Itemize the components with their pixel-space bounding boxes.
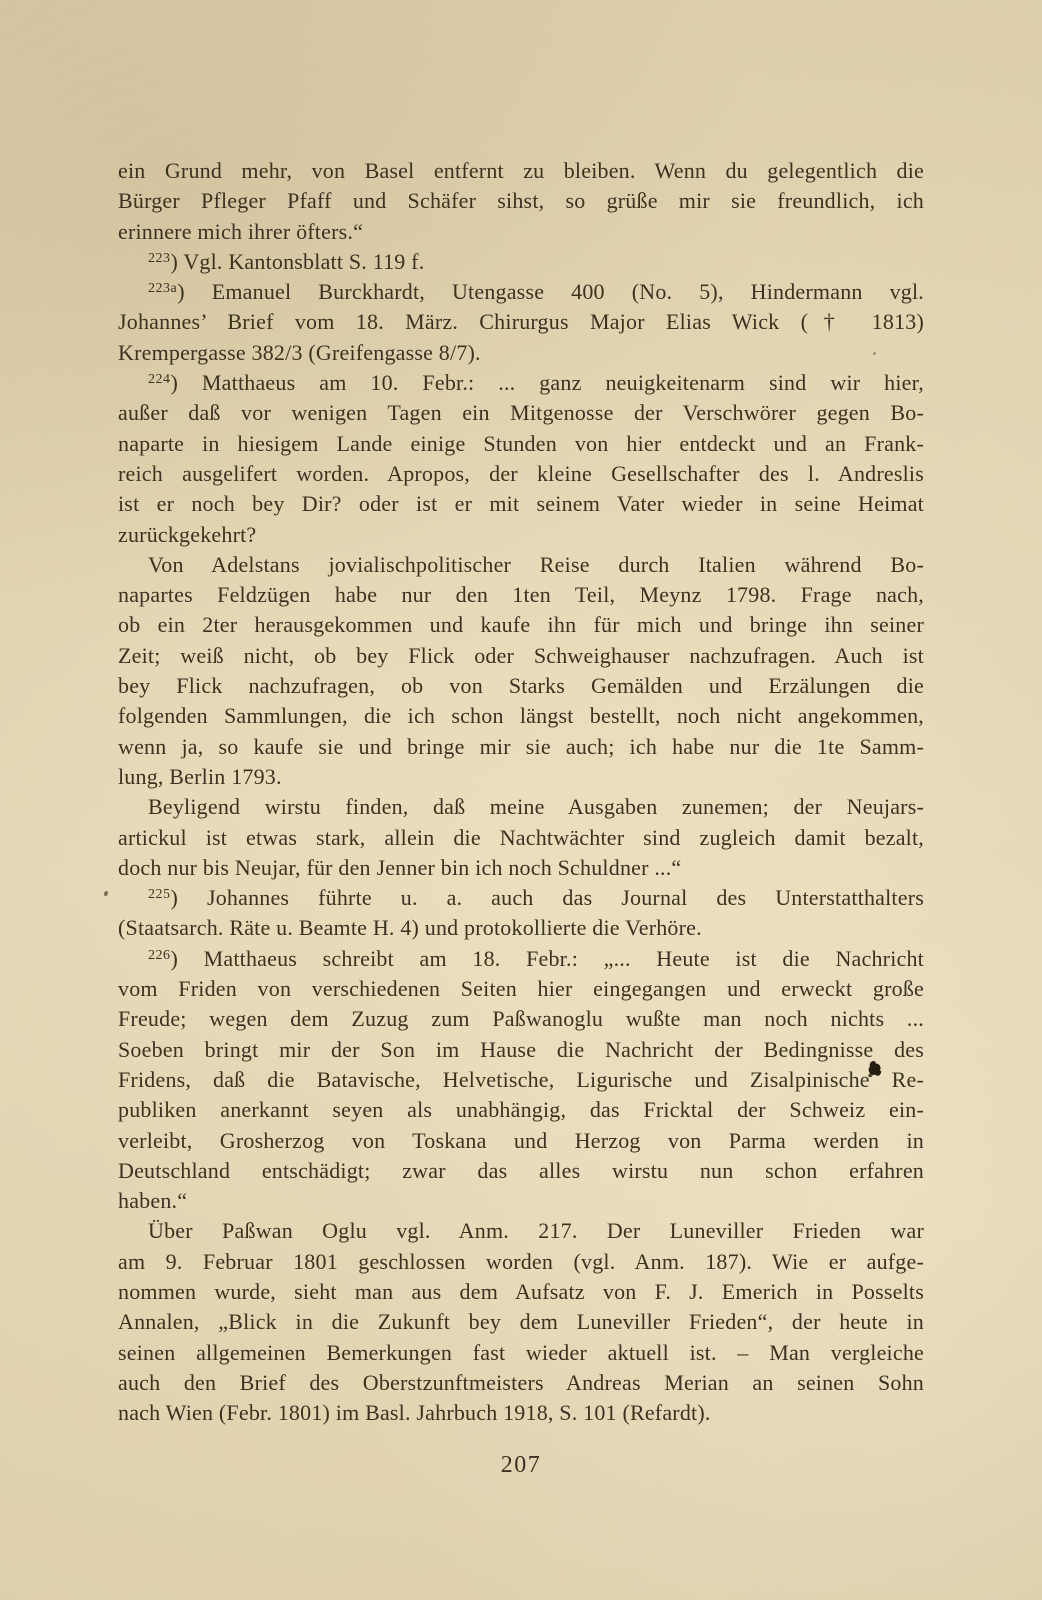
line-text: bey Flick nachzufragen, ob von Starks Ge… [118,673,924,698]
text-line: ob ein 2ter herausgekommen und kaufe ihn… [118,610,924,640]
text-line: Fridens, daß die Batavische, Helvetische… [118,1065,924,1095]
line-text: Beyligend wirstu finden, daß meine Ausga… [148,794,924,819]
line-text: am 9. Februar 1801 geschlossen worden (v… [118,1249,924,1274]
line-text: verleibt, Grosherzog von Toskana und Her… [118,1128,924,1153]
line-text: naparte in hiesigem Lande einige Stunden… [118,431,924,456]
line-text: Johannes’ Brief vom 18. März. Chirurgus … [118,309,924,334]
line-text: ) Emanuel Burckhardt, Utengasse 400 (No.… [177,279,924,304]
text-line: erinnere mich ihrer öfters.“ [118,217,924,247]
text-line: Freude; wegen dem Zuzug zum Paßwanoglu w… [118,1004,924,1034]
text-line: napartes Feldzügen habe nur den 1ten Tei… [118,580,924,610]
text-line: folgenden Sammlungen, die ich schon läng… [118,701,924,731]
text-line: nommen wurde, sieht man aus dem Aufsatz … [118,1277,924,1307]
line-text: Bürger Pfleger Pfaff und Schäfer sihst, … [118,188,924,213]
text-line: Soeben bringt mir der Son im Hause die N… [118,1035,924,1065]
footnote-marker: 223 [148,251,171,266]
footnote-marker: 224 [148,372,171,387]
book-page-scan: ein Grund mehr, von Basel entfernt zu bl… [0,0,1042,1600]
text-line: auch den Brief des Oberstzunftmeisters A… [118,1368,924,1398]
line-text: Über Paßwan Oglu vgl. Anm. 217. Der Lune… [148,1218,924,1243]
text-line: Deutschland entschädigt; zwar das alles … [118,1156,924,1186]
line-text: (Staatsarch. Räte u. Beamte H. 4) und pr… [118,915,702,940]
text-line: Bürger Pfleger Pfaff und Schäfer sihst, … [118,186,924,216]
page-number: 207 [118,1452,924,1479]
line-text: artickul ist etwas stark, allein die Nac… [118,825,924,850]
line-text: reich ausgelifert worden. Apropos, der k… [118,461,924,486]
text-line: 223a) Emanuel Burckhardt, Utengasse 400 … [118,277,924,307]
text-line: 226) Matthaeus schreibt am 18. Febr.: „.… [118,944,924,974]
line-text: Soeben bringt mir der Son im Hause die N… [118,1037,924,1062]
footnote-marker: 225 [148,887,171,902]
line-text: Annalen, „Blick in die Zukunft bey dem L… [118,1309,924,1334]
line-text: zurückgekehrt? [118,522,256,547]
line-text: lung, Berlin 1793. [118,764,282,789]
line-text: haben.“ [118,1188,187,1213]
line-text: napartes Feldzügen habe nur den 1ten Tei… [118,582,924,607]
text-line: publiken anerkannt seyen als unabhängig,… [118,1095,924,1125]
text-line: lung, Berlin 1793. [118,762,924,792]
line-text: doch nur bis Neujar, für den Jenner bin … [118,855,681,880]
line-text: ) Johannes führte u. a. auch das Journal… [171,885,925,910]
text-line: Beyligend wirstu finden, daß meine Ausga… [118,792,924,822]
line-text: Deutschland entschädigt; zwar das alles … [118,1158,924,1183]
line-text: Zeit; weiß nicht, ob bey Flick oder Schw… [118,643,924,668]
text-line: (Staatsarch. Räte u. Beamte H. 4) und pr… [118,913,924,943]
text-line: Über Paßwan Oglu vgl. Anm. 217. Der Lune… [118,1216,924,1246]
text-line: 224) Matthaeus am 10. Febr.: ... ganz ne… [118,368,924,398]
text-line: vom Friden von verschiedenen Seiten hier… [118,974,924,1004]
line-text: ob ein 2ter herausgekommen und kaufe ihn… [118,612,924,637]
text-line: seinen allgemeinen Bemerkungen fast wied… [118,1338,924,1368]
text-line: 223) Vgl. Kantonsblatt S. 119 f. [118,247,924,277]
paper-fleck [104,891,108,896]
text-line: doch nur bis Neujar, für den Jenner bin … [118,853,924,883]
line-text: ist er noch bey Dir? oder ist er mit sei… [118,491,924,516]
text-line: ein Grund mehr, von Basel entfernt zu bl… [118,156,924,186]
text-line: reich ausgelifert worden. Apropos, der k… [118,459,924,489]
footnote-marker: 226 [148,948,171,963]
line-text: vom Friden von verschiedenen Seiten hier… [118,976,924,1001]
line-text: folgenden Sammlungen, die ich schon läng… [118,703,924,728]
text-line: wenn ja, so kaufe sie und bringe mir sie… [118,732,924,762]
line-text: Fridens, daß die Batavische, Helvetische… [118,1067,924,1092]
text-line: außer daß vor wenigen Tagen ein Mitgenos… [118,398,924,428]
line-text: publiken anerkannt seyen als unabhängig,… [118,1097,924,1122]
text-line: haben.“ [118,1186,924,1216]
line-text: Freude; wegen dem Zuzug zum Paßwanoglu w… [118,1006,924,1031]
text-line: verleibt, Grosherzog von Toskana und Her… [118,1126,924,1156]
line-text: Von Adelstans jovialischpolitischer Reis… [148,552,924,577]
line-text: ) Matthaeus schreibt am 18. Febr.: „... … [171,946,925,971]
line-text: nach Wien (Febr. 1801) im Basl. Jahrbuch… [118,1400,711,1425]
page-text-block: ein Grund mehr, von Basel entfernt zu bl… [118,156,924,1428]
text-line: Von Adelstans jovialischpolitischer Reis… [118,550,924,580]
text-line: Annalen, „Blick in die Zukunft bey dem L… [118,1307,924,1337]
line-text: seinen allgemeinen Bemerkungen fast wied… [118,1340,924,1365]
text-line: ist er noch bey Dir? oder ist er mit sei… [118,489,924,519]
text-line: artickul ist etwas stark, allein die Nac… [118,823,924,853]
text-line: naparte in hiesigem Lande einige Stunden… [118,429,924,459]
line-text: ) Vgl. Kantonsblatt S. 119 f. [171,249,425,274]
text-line: Zeit; weiß nicht, ob bey Flick oder Schw… [118,641,924,671]
line-text: erinnere mich ihrer öfters.“ [118,219,363,244]
text-line: bey Flick nachzufragen, ob von Starks Ge… [118,671,924,701]
text-line: Johannes’ Brief vom 18. März. Chirurgus … [118,307,924,337]
text-line: 225) Johannes führte u. a. auch das Jour… [118,883,924,913]
text-line: nach Wien (Febr. 1801) im Basl. Jahrbuch… [118,1398,924,1428]
line-text: ein Grund mehr, von Basel entfernt zu bl… [118,158,924,183]
text-line: Krempergasse 382/3 (Greifengasse 8/7). [118,338,924,368]
line-text: Krempergasse 382/3 (Greifengasse 8/7). [118,340,481,365]
text-line: zurückgekehrt? [118,520,924,550]
line-text: ) Matthaeus am 10. Febr.: ... ganz neuig… [171,370,925,395]
text-line: am 9. Februar 1801 geschlossen worden (v… [118,1247,924,1277]
footnote-marker: 223a [148,281,177,296]
line-text: außer daß vor wenigen Tagen ein Mitgenos… [118,400,924,425]
line-text: nommen wurde, sieht man aus dem Aufsatz … [118,1279,924,1304]
line-text: wenn ja, so kaufe sie und bringe mir sie… [118,734,924,759]
line-text: auch den Brief des Oberstzunftmeisters A… [118,1370,924,1395]
